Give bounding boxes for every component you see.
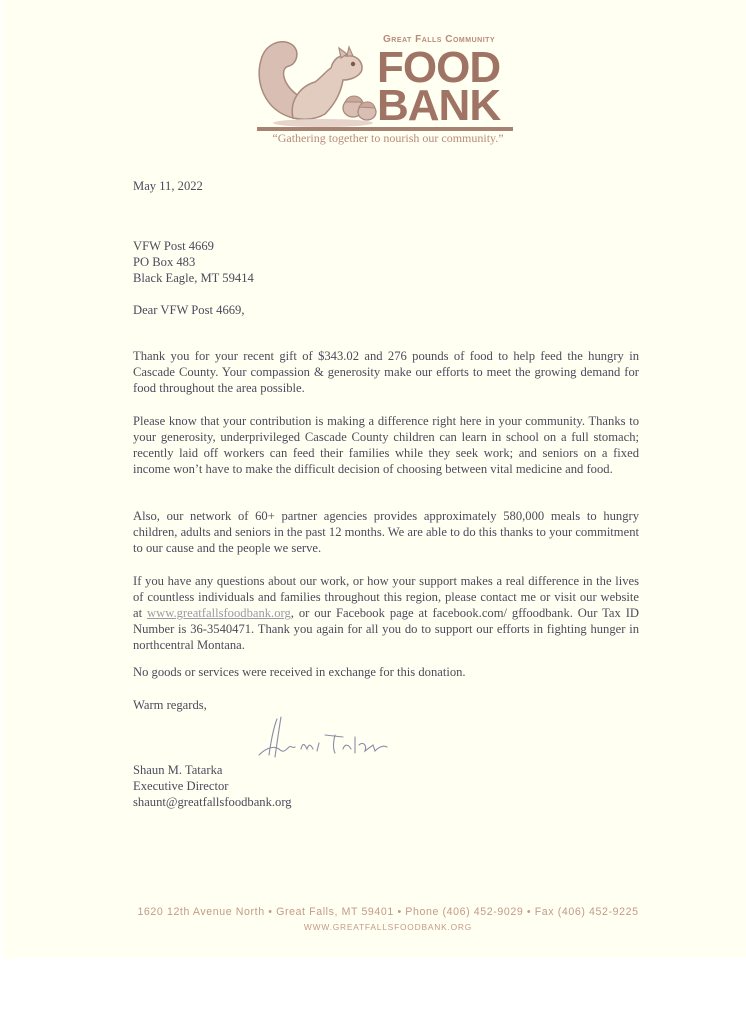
salutation: Dear VFW Post 4669, (133, 302, 244, 318)
paragraph-network: Also, our network of 60+ partner agencie… (133, 508, 639, 556)
website-link[interactable]: www.greatfallsfoodbank.org (147, 606, 291, 620)
paragraph-impact: Please know that your contribution is ma… (133, 413, 639, 477)
recipient-city: Black Eagle, MT 59414 (133, 270, 254, 286)
letter-date: May 11, 2022 (133, 178, 203, 194)
signer-email: shaunt@greatfallsfoodbank.org (133, 794, 292, 810)
handwritten-signature (255, 715, 395, 763)
tagline: “Gathering together to nourish our commu… (3, 131, 746, 146)
footer-website: WWW.GREATFALLSFOODBANK.ORG (3, 922, 746, 932)
footer-address: 1620 12th Avenue North • Great Falls, MT… (3, 906, 746, 918)
recipient-address: VFW Post 4669 PO Box 483 Black Eagle, MT… (133, 238, 254, 286)
recipient-name: VFW Post 4669 (133, 238, 254, 254)
signer-name: Shaun M. Tatarka (133, 762, 292, 778)
recipient-po-box: PO Box 483 (133, 254, 254, 270)
signer-block: Shaun M. Tatarka Executive Director shau… (133, 762, 292, 810)
paragraph-tax-statement: No goods or services were received in ex… (133, 664, 639, 680)
squirrel-icon (253, 30, 383, 130)
signer-title: Executive Director (133, 778, 292, 794)
paragraph-contact: If you have any questions about our work… (133, 573, 639, 653)
paragraph-thank-you: Thank you for your recent gift of $343.0… (133, 348, 639, 396)
closing: Warm regards, (133, 697, 207, 713)
letter-page: Great Falls Community FOOD BANK “Gatheri… (3, 0, 746, 958)
logo-bank-text: BANK (377, 84, 500, 128)
